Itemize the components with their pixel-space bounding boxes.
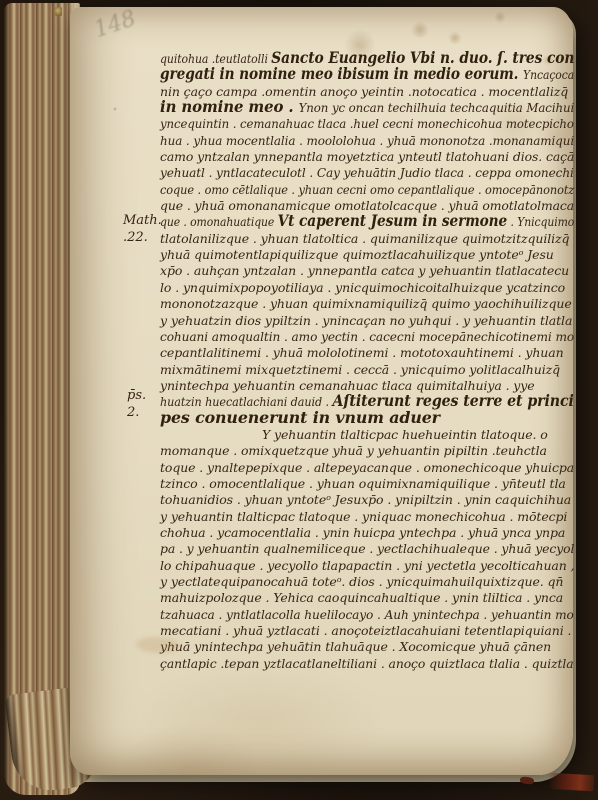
nahuatl-text-segment: coque . omo cētlalique . yhuan cecni omo… bbox=[160, 182, 574, 197]
nahuatl-text-segment: chohua . ycamocentlalia . ynin huicpa yn… bbox=[160, 525, 565, 540]
latin-quote-segment: Aſtiterunt reges terre et princi bbox=[332, 391, 573, 410]
pencil-folio-number: 148 bbox=[91, 1, 160, 58]
manuscript-line: que . omonahuatique Vt caperent Jesum in… bbox=[160, 213, 574, 229]
manuscript-line: tzahuaca . yntlatlacolla huelilocayo . A… bbox=[160, 606, 574, 622]
manuscript-line: yehuatl . yntlacateculotl . Cay yehuātin… bbox=[160, 164, 574, 180]
manuscript-line: mononotzazque . yhuan quimixnamiquilizq̄… bbox=[160, 295, 574, 311]
nahuatl-text-segment: mixmātinemi mixquetztinemi . ceccā . yni… bbox=[160, 362, 560, 377]
margin-note-line: Math. bbox=[123, 212, 162, 229]
manuscript-line: yhuā quimotentlapiquilizque quimoztlacah… bbox=[160, 246, 574, 262]
nahuatl-text-segment: mahuizpolozque . Yehica caoquincahualtiq… bbox=[160, 590, 563, 605]
manuscript-line: momanque . omixquetzque yhuā y yehuantin… bbox=[160, 442, 574, 458]
manuscript-line: coque . omo cētlalique . yhuan cecni omo… bbox=[160, 181, 574, 197]
margin-note-line: p̄s. bbox=[127, 387, 146, 404]
margin-note-psalm-2: p̄s. 2. bbox=[127, 387, 146, 421]
manuscript-line: mecatiani . yhuā yztlacati . anoçoteiztl… bbox=[160, 622, 574, 638]
nahuatl-text-segment: huatzin huecatlachiani dauid . bbox=[160, 394, 332, 409]
nahuatl-text-segment: tzinco . omocentlalique . yhuan oquimixn… bbox=[160, 476, 566, 491]
margin-note-line: .22. bbox=[123, 229, 162, 246]
nahuatl-text-segment: Ynon yc oncan techilhuia techcaquitia Ma… bbox=[299, 100, 575, 115]
manuscript-line: pes conuenerunt in vnum aduer bbox=[160, 410, 574, 426]
manuscript-line: cohuani amoqualtin . amo yectin . cacecn… bbox=[160, 328, 574, 344]
nahuatl-text-segment: y yehuatzin dios ypiltzin . ynincaçan no… bbox=[160, 313, 572, 328]
nahuatl-text-segment: cepantlalitinemi . yhuā mololotinemi . m… bbox=[160, 345, 564, 360]
nahuatl-text-segment: pa . y yehuantin qualnemiliceque . yectl… bbox=[160, 541, 574, 556]
binding-red-speck bbox=[520, 776, 535, 785]
manuscript-line: lo chipahuaque . yecyollo tlapapactin . … bbox=[160, 557, 574, 573]
nahuatl-text-segment: tlatolanilizque . yhuan tlatoltica . qui… bbox=[160, 231, 569, 246]
manuscript-line: gregati in nomine meo ibisum in medio eo… bbox=[160, 66, 574, 82]
nahuatl-text-segment: momanque . omixquetzque yhuā y yehuantin… bbox=[160, 443, 547, 458]
manuscript-line: tlatolanilizque . yhuan tlatoltica . qui… bbox=[160, 230, 574, 246]
nahuatl-text-segment: yncequintin . cemanahuac tlaca .huel cec… bbox=[160, 116, 574, 131]
nahuatl-text-segment: que . omonahuatique bbox=[160, 214, 278, 229]
manuscript-line: hua . yhua mocentlalia . moololohua . yh… bbox=[160, 132, 574, 148]
manuscript-line: cepantlalitinemi . yhuā mololotinemi . m… bbox=[160, 344, 574, 360]
manuscript-line: çantlapic .tepan yztlacatlaneltiliani . … bbox=[160, 655, 574, 671]
nahuatl-text-segment: . Ynicquimo bbox=[507, 214, 574, 229]
binding-clasp-dot bbox=[55, 7, 62, 16]
manuscript-line: mahuizpolozque . Yehica caoquincahualtiq… bbox=[160, 589, 574, 605]
nahuatl-text-segment: mononotzazque . yhuan quimixnamiquilizq̄… bbox=[160, 296, 572, 311]
manuscript-line: in nomine meo . Ynon yc oncan techilhuia… bbox=[160, 99, 574, 115]
manuscript-line: mixmātinemi mixquetztinemi . ceccā . yni… bbox=[160, 361, 574, 377]
latin-quote-segment: gregati in nomine meo ibisum in medio eo… bbox=[160, 64, 523, 83]
nahuatl-text-segment: y yehuantin tlalticpac tlatoque . yniqua… bbox=[160, 509, 567, 524]
manuscript-line: y yehuatzin dios ypiltzin . ynincaçan no… bbox=[160, 312, 574, 328]
nahuatl-text-segment: mecatiani . yhuā yztlacati . anoçoteiztl… bbox=[160, 623, 571, 638]
nahuatl-text-segment: çantlapic .tepan yztlacatlaneltiliani . … bbox=[160, 656, 574, 671]
manuscript-line: xp̄o . auhçan yntzalan . ynnepantla catc… bbox=[160, 262, 574, 278]
nahuatl-text-segment: cohuani amoqualtin . amo yectin . cacecn… bbox=[160, 329, 574, 344]
latin-quote-segment: in nomine meo . bbox=[160, 97, 299, 116]
manuscript-line: tohuanidios . yhuan yntoteᵒ Jesuxp̄o . y… bbox=[160, 491, 574, 507]
manuscript-photo: 148 Math. .22. p̄s. 2. quitohua .teutlat… bbox=[0, 0, 598, 800]
manuscript-line: y yectlatequipanocahuā toteᵒ. dios . yni… bbox=[160, 573, 574, 589]
latin-quote-segment: Vt caperent Jesum in sermone bbox=[278, 211, 508, 230]
manuscript-line: yncequintin . cemanahuac tlaca .huel cec… bbox=[160, 115, 574, 131]
nahuatl-text-segment: Yncaçoca bbox=[523, 67, 574, 82]
manuscript-line: pa . y yehuantin qualnemiliceque . yectl… bbox=[160, 540, 574, 556]
manuscript-line: camo yntzalan ynnepantla moyetztica ynte… bbox=[160, 148, 574, 164]
manuscript-line: yhuā ynintechpa yehuātin tlahuāque . Xoc… bbox=[160, 638, 574, 654]
manuscript-page: 148 Math. .22. p̄s. 2. quitohua .teutlat… bbox=[70, 7, 573, 775]
nahuatl-text-segment: yhuā quimotentlapiquilizque quimoztlacah… bbox=[160, 247, 554, 262]
nahuatl-text-segment: tohuanidios . yhuan yntoteᵒ Jesuxp̄o . y… bbox=[160, 492, 571, 507]
nahuatl-text-segment: tzahuaca . yntlatlacolla huelilocayo . A… bbox=[160, 607, 574, 622]
nahuatl-text-segment: camo yntzalan ynnepantla moyetztica ynte… bbox=[160, 149, 574, 164]
nahuatl-text-segment: yhuā ynintechpa yehuātin tlahuāque . Xoc… bbox=[160, 639, 551, 654]
manuscript-line: y yehuantin tlalticpac tlatoque . yniqua… bbox=[160, 508, 574, 524]
nahuatl-text-segment: lo chipahuaque . yecyollo tlapapactin . … bbox=[160, 558, 574, 573]
margin-note-line: 2. bbox=[127, 404, 146, 421]
nahuatl-text-segment: y yectlatequipanocahuā toteᵒ. dios . yni… bbox=[160, 574, 563, 589]
binding-red-edge bbox=[548, 773, 595, 791]
manuscript-line: lo . ynquimixpopoyotiliaya . ynicquimoch… bbox=[160, 279, 574, 295]
manuscript-line: tzinco . omocentlalique . yhuan oquimixn… bbox=[160, 475, 574, 491]
margin-note-matthew-22: Math. .22. bbox=[123, 212, 162, 246]
nahuatl-text-segment: lo . ynquimixpopoyotiliaya . ynicquimoch… bbox=[160, 280, 565, 295]
nahuatl-text-segment: Y yehuantin tlalticpac huehueintin tlato… bbox=[262, 427, 548, 442]
nahuatl-text-segment: xp̄o . auhçan yntzalan . ynnepantla catc… bbox=[160, 263, 569, 278]
manuscript-line: toque . ynaltepepixque . altepeyacanque … bbox=[160, 459, 574, 475]
manuscript-line: huatzin huecatlachiani dauid . Aſtiterun… bbox=[160, 393, 574, 409]
nahuatl-text-segment: hua . yhua mocentlalia . moololohua . yh… bbox=[160, 133, 574, 148]
nahuatl-text-segment: yehuatl . yntlacateculotl . Cay yehuātin… bbox=[160, 165, 574, 180]
book-spine-page-edges bbox=[4, 3, 80, 795]
manuscript-line: chohua . ycamocentlalia . ynin huicpa yn… bbox=[160, 524, 574, 540]
manuscript-line: Y yehuantin tlalticpac huehueintin tlato… bbox=[160, 426, 574, 442]
bleedthrough-smudge bbox=[136, 636, 181, 654]
nahuatl-text-segment: toque . ynaltepepixque . altepeyacanque … bbox=[160, 460, 574, 475]
manuscript-text-block: quitohua .teutlatolli Sancto Euangelio V… bbox=[160, 50, 574, 671]
